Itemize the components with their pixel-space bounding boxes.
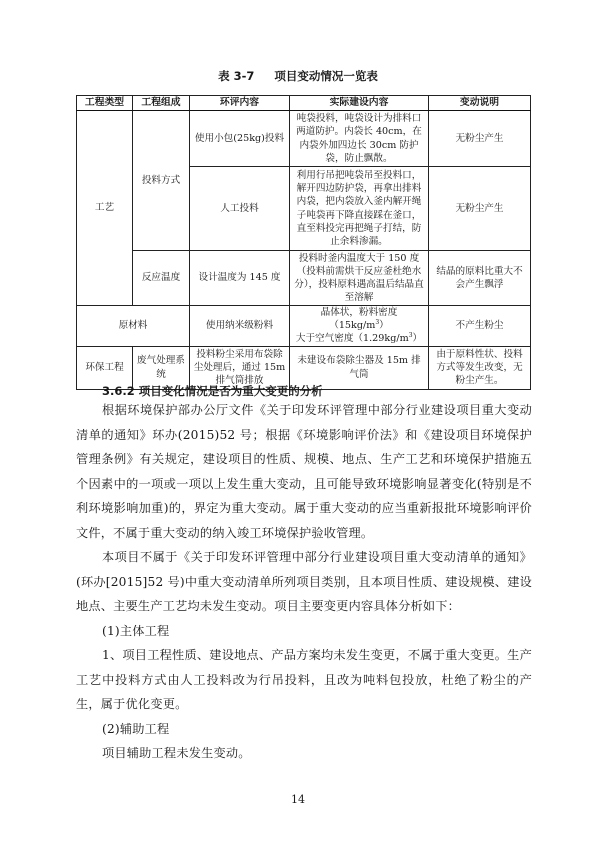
subheading-main-works: (1)主体工程 [76,619,532,644]
table-caption: 表 3-7 项目变动情况一览表 [0,68,596,84]
cell-type: 原材料 [77,306,190,347]
table-row: 反应温度 设计温度为 145 度 投料时釜内温度大于 150 度（投料前需烘干反… [77,251,531,306]
paragraph: 本项目不属于《关于印发环评管理中部分行业建设项目重大变动清单的通知》(环办[20… [76,545,532,619]
header-cell: 实际建设内容 [290,96,429,111]
cell-note: 由于原料性状、投料方式等发生改变，无粉尘产生。 [429,346,531,389]
section-body: 根据环境保护部办公厅文件《关于印发环评管理中部分行业建设项目重大变动清单的通知》… [76,398,532,766]
subheading-auxiliary-works: (2)辅助工程 [76,717,532,742]
cell-eia: 设计温度为 145 度 [190,251,290,306]
table-header-row: 工程类型 工程组成 环评内容 实际建设内容 变动说明 [77,96,531,111]
project-change-table: 工程类型 工程组成 环评内容 实际建设内容 变动说明 工艺 投料方式 使用小包(… [76,95,531,390]
cell-note: 不产生粉尘 [429,306,531,347]
cell-actual: 吨袋投料，吨袋设计为排料口两道防护。内袋长 40cm，在内袋外加四边长 30cm… [290,111,429,167]
cell-component: 反应温度 [133,251,190,306]
table-caption-title: 项目变动情况一览表 [274,69,378,83]
cell-actual: 利用行吊把吨袋吊至投料口，解开四边防护袋，再拿出排料内袋，把内袋放入釜内解开绳子… [290,167,429,251]
header-cell: 环评内容 [190,96,290,111]
header-cell: 变动说明 [429,96,531,111]
paragraph: 1、项目工程性质、建设地点、产品方案均未发生变更，不属于重大变更。生产工艺中投料… [76,643,532,717]
header-cell: 工程类型 [77,96,133,111]
cell-note: 结晶的原料比重大不会产生飘浮 [429,251,531,306]
section-heading: 3.6.2 项目变化情况是否为重大变更的分析 [102,383,323,399]
cell-type: 工艺 [77,111,133,306]
cell-actual: 晶体状，粉料密度（15kg/m3） 大于空气密度（1.29kg/m3） [290,306,429,347]
cell-eia: 使用纳米级粉料 [190,306,290,347]
cell-note: 无粉尘产生 [429,167,531,251]
cell-actual: 投料时釜内温度大于 150 度（投料前需烘干反应釜杜绝水分），投料原料遇高温后结… [290,251,429,306]
table-caption-number: 表 3-7 [218,69,254,83]
paragraph: 根据环境保护部办公厅文件《关于印发环评管理中部分行业建设项目重大变动清单的通知》… [76,398,532,545]
paragraph: 项目辅助工程未发生变动。 [76,741,532,766]
paren: ） [413,333,423,344]
cell-note: 无粉尘产生 [429,111,531,167]
table-row: 工艺 投料方式 使用小包(25kg)投料 吨袋投料，吨袋设计为排料口两道防护。内… [77,111,531,167]
header-cell: 工程组成 [133,96,190,111]
paren: ） [379,320,389,331]
density-line-2: 大于空气密度（1.29kg/m [296,333,409,344]
page-number: 14 [0,793,596,806]
cell-eia: 人工投料 [190,167,290,251]
cell-component: 投料方式 [133,111,190,251]
table-row: 原材料 使用纳米级粉料 晶体状，粉料密度（15kg/m3） 大于空气密度（1.2… [77,306,531,347]
cell-eia: 使用小包(25kg)投料 [190,111,290,167]
